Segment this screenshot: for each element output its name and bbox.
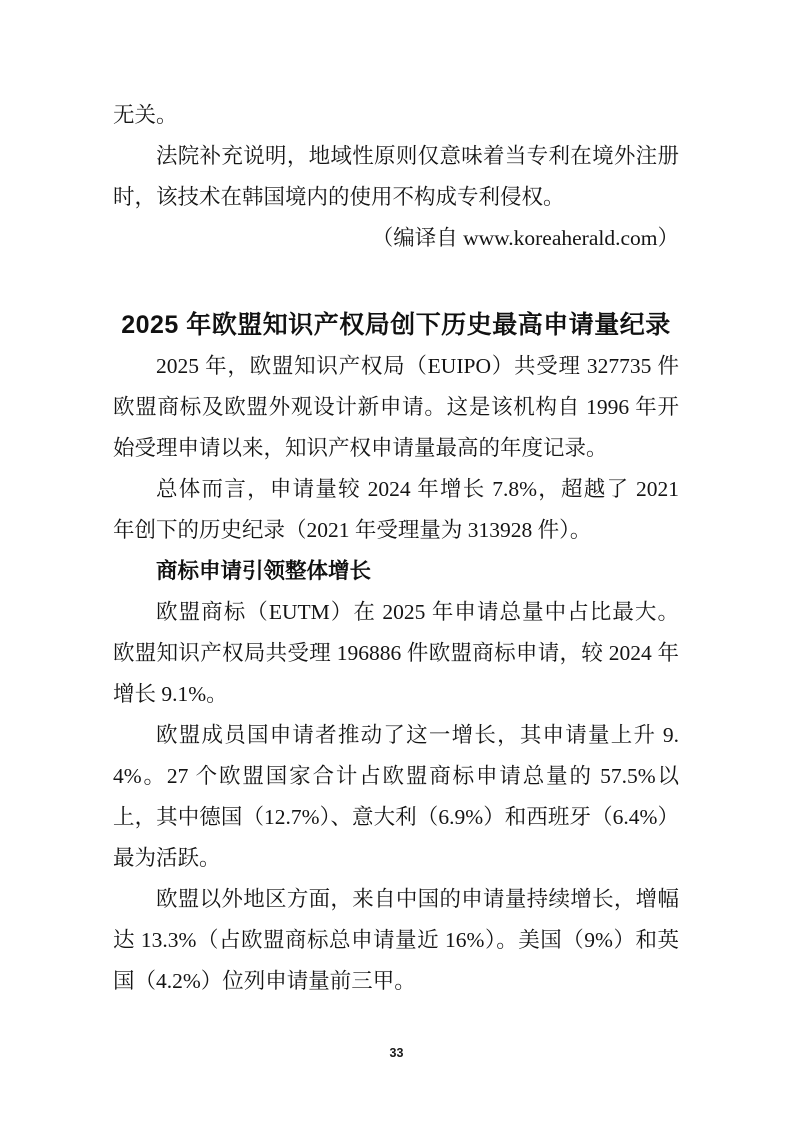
page-number: 33 [390,1045,404,1061]
article-title: 2025 年欧盟知识产权局创下历史最高申请量纪录 [113,305,679,346]
prev-article-source-line: （编译自 www.koreaherald.com） [113,218,679,259]
prev-article-closing-line: 无关。 [113,95,679,136]
article-paragraph-3: 欧盟商标（EUTM）在 2025 年申请总量中占比最大。欧盟知识产权局共受理 1… [113,592,679,715]
article-paragraph-2: 总体而言，申请量较 2024 年增长 7.8%，超越了 2021 年创下的历史纪… [113,469,679,551]
article-paragraph-5: 欧盟以外地区方面，来自中国的申请量持续增长，增幅达 13.3%（占欧盟商标总申请… [113,879,679,1002]
document-page: 无关。 法院补充说明，地域性原则仅意味着当专利在境外注册时，该技术在韩国境内的使… [0,0,793,1122]
page-content: 无关。 法院补充说明，地域性原则仅意味着当专利在境外注册时，该技术在韩国境内的使… [113,95,679,1002]
article-paragraph-4: 欧盟成员国申请者推动了这一增长，其申请量上升 9.4%。27 个欧盟国家合计占欧… [113,715,679,879]
prev-article-paragraph: 法院补充说明，地域性原则仅意味着当专利在境外注册时，该技术在韩国境内的使用不构成… [113,136,679,218]
article-subheading: 商标申请引领整体增长 [113,551,679,592]
page-footer: 33 [0,1044,793,1062]
article-paragraph-1: 2025 年，欧盟知识产权局（EUIPO）共受理 327735 件欧盟商标及欧盟… [113,346,679,469]
